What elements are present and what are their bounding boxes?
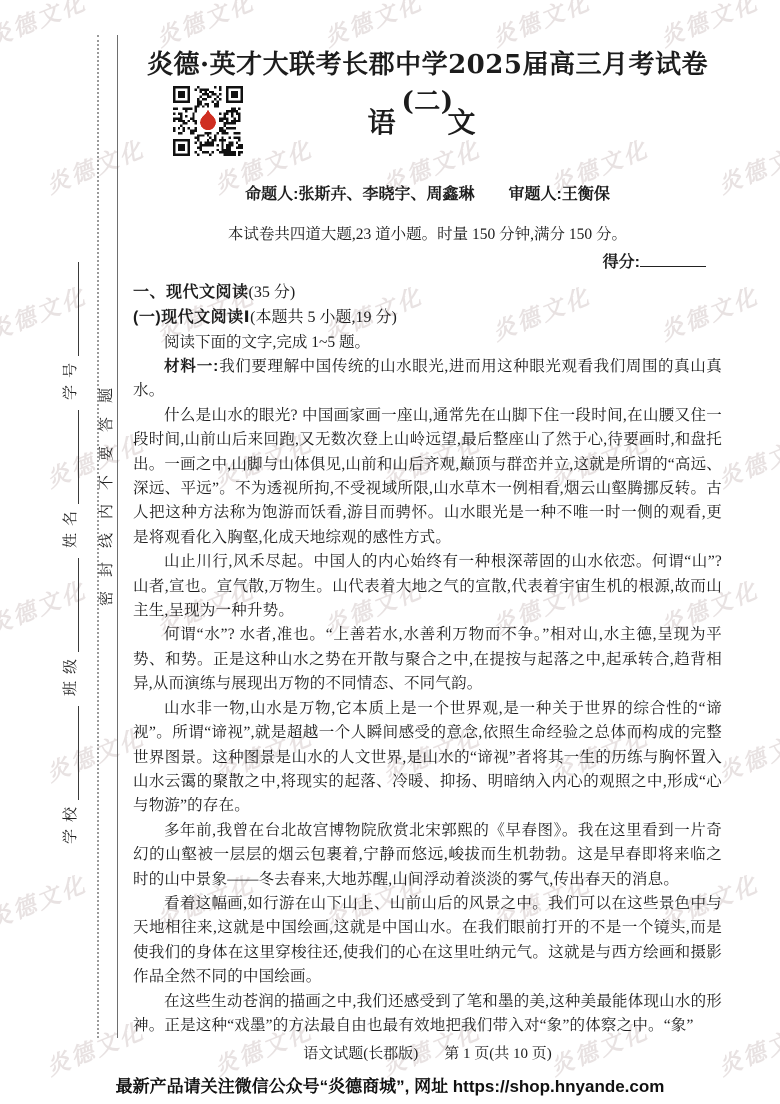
student-field-label: 班级 [61, 652, 81, 696]
watermark: 炎德文化 [713, 719, 780, 789]
subsection-heading: (一)现代文阅读Ⅰ(本题共 5 小题,19 分) [133, 305, 722, 330]
watermark: 炎德文化 [713, 425, 780, 495]
passage-paragraph: 什么是山水的眼光? 中国画家画一座山,通常先在山脚下住一段时间,在山腰又住一段时… [133, 404, 722, 550]
exam-info: 本试卷共四道大题,23 道小题。时量 150 分钟,满分 150 分。 [133, 222, 722, 244]
passage-paragraph: 看着这幅画,如行游在山下山上、山前山后的风景之中。我们可以在这些景色中与天地相往… [133, 892, 722, 990]
reviewer: 审题人:王衡保 [509, 186, 610, 203]
passage-paragraph: 材料一:我们要理解中国传统的山水眼光,进而用这种眼光观看我们周围的真山真水。 [133, 355, 722, 404]
footer-doc-label: 语文试题(长郡版) [303, 1046, 418, 1062]
passage-paragraph: 山水非一物,山水是万物,它本质上是一个世界观,是一种关于世界的综合性的“谛视”。… [133, 697, 722, 819]
score-blank [640, 252, 706, 267]
student-field-blank [62, 558, 79, 652]
page-footer: 语文试题(长郡版)第 1 页(共 10 页) [133, 1042, 722, 1063]
student-info-strip: 学校班级姓名学号 [55, 252, 81, 844]
section-heading-title: 一、现代文阅读 [133, 284, 249, 301]
student-field-label: 姓名 [61, 504, 81, 548]
passage-paragraph: 何谓“水”? 水者,准也。“上善若水,水善利万物而不争。”相对山,水主德,呈现为… [133, 623, 722, 696]
student-field-blank [62, 262, 79, 356]
seal-notice: 密封线内不要答题 [95, 361, 119, 619]
exam-paper-page: { "watermark": { "text": "炎德文化" }, "side… [0, 0, 780, 1104]
score-label: 得分: [603, 254, 640, 271]
promo-line: 最新产品请关注微信公众号“炎德商城”, 网址 https://shop.hnya… [0, 1072, 780, 1097]
student-field-label: 学校 [61, 800, 81, 844]
setters: 命题人:张斯卉、李晓宇、周鑫琳 [245, 186, 474, 203]
watermark: 炎德文化 [713, 131, 780, 201]
watermark: 炎德文化 [0, 0, 91, 53]
student-field-blank [62, 706, 79, 800]
watermark: 炎德文化 [0, 866, 91, 936]
student-field-blank [62, 410, 79, 504]
material-label: 材料一: [164, 358, 219, 375]
section-heading-score: (35 分) [249, 284, 296, 301]
passage-paragraph: 山止川行,风禾尽起。中国人的内心始终有一种根深蒂固的山水依恋。何谓“山”?山者,… [133, 550, 722, 623]
subject-title: 语 文 [133, 101, 722, 141]
reading-instruction: 阅读下面的文字,完成 1~5 题。 [133, 330, 722, 355]
passage: 材料一:我们要理解中国传统的山水眼光,进而用这种眼光观看我们周围的真山真水。什么… [133, 355, 722, 1045]
score-row: 得分: [133, 249, 722, 272]
footer-page-number: 第 1 页(共 10 页) [444, 1046, 552, 1062]
subsection-heading-score: (本题共 5 小题,19 分) [250, 309, 397, 326]
student-field-label: 学号 [61, 356, 81, 400]
setters-line: 命题人:张斯卉、李晓宇、周鑫琳审题人:王衡保 [133, 181, 722, 204]
passage-paragraph: 多年前,我曾在台北故宫博物院欣赏北宋郭熙的《早春图》。我在这里看到一片奇幻的山壑… [133, 819, 722, 892]
reading-section: 一、现代文阅读(35 分) (一)现代文阅读Ⅰ(本题共 5 小题,19 分) 阅… [133, 280, 722, 1045]
subsection-heading-title: (一)现代文阅读Ⅰ [133, 309, 250, 326]
section-heading: 一、现代文阅读(35 分) [133, 280, 722, 305]
passage-paragraph: 在这些生动苍润的描画之中,我们还感受到了笔和墨的美,这种美最能体现山水的形神。正… [133, 990, 722, 1039]
